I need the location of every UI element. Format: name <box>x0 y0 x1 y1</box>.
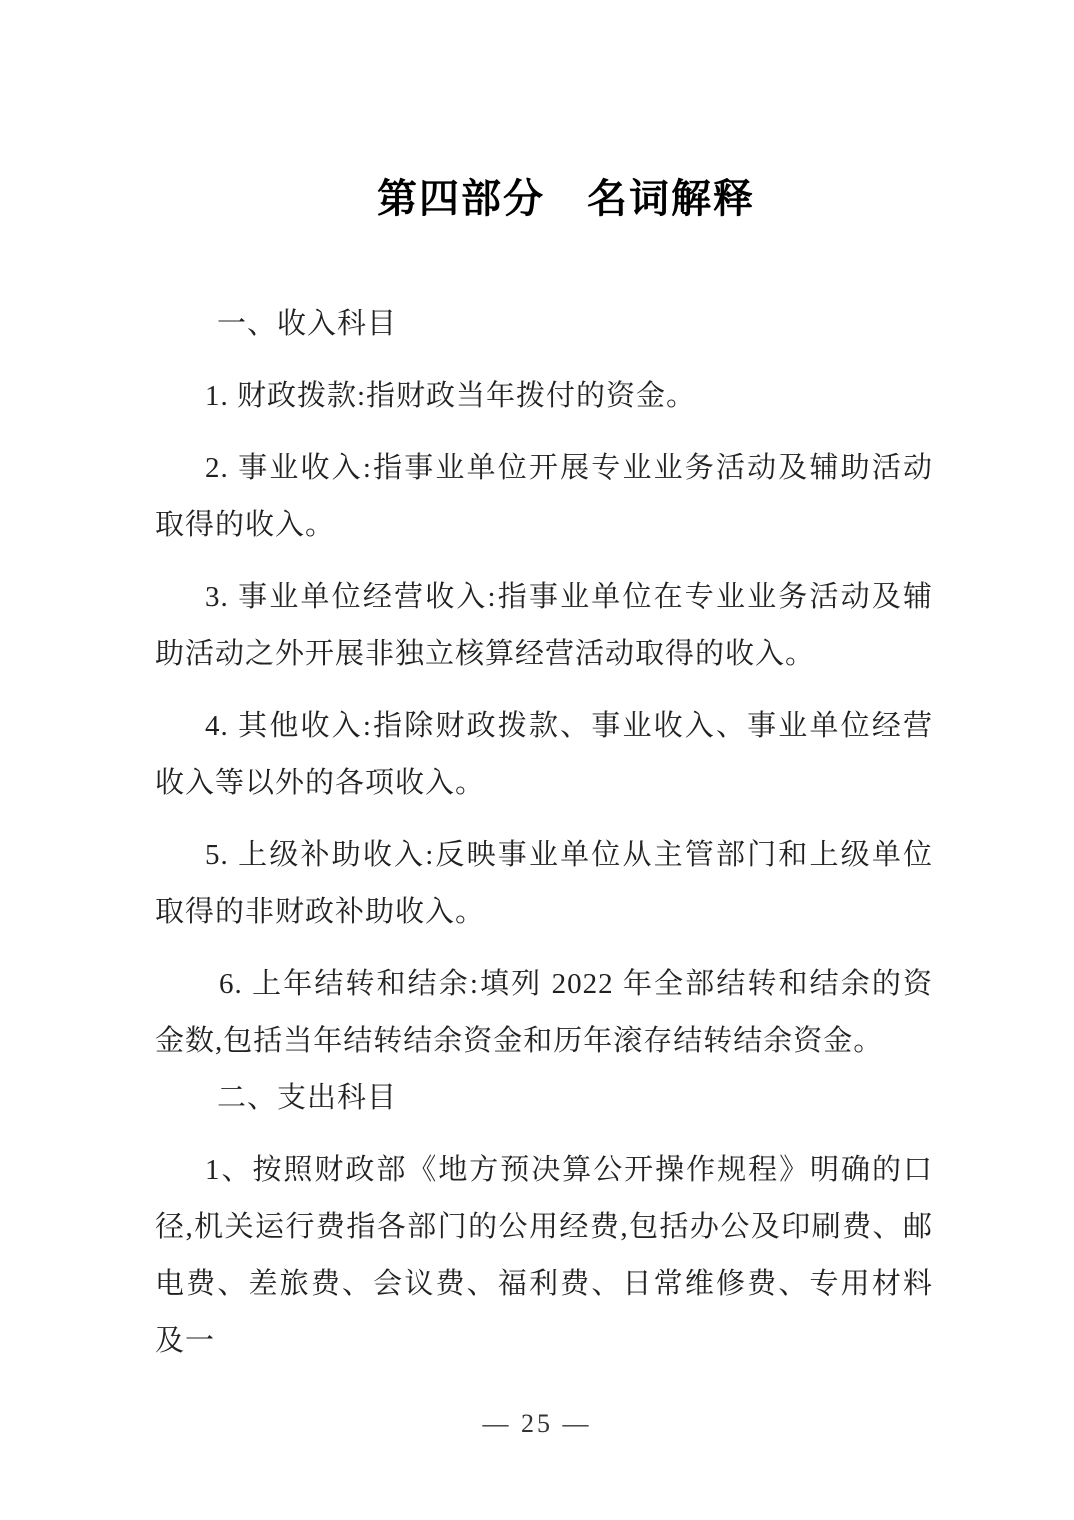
section-heading-expenditure: 二、支出科目 <box>155 1070 933 1127</box>
page-content: 第四部分 名词解释 一、收入科目 1. 财政拨款:指财政当年拨付的资金。 2. … <box>155 174 933 1385</box>
definition-item-operating-income: 2. 事业收入:指事业单位开展专业业务活动及辅助活动取得的收入。 <box>155 440 933 554</box>
definition-item-business-operating-income: 3. 事业单位经营收入:指事业单位在专业业务活动及辅助活动之外开展非独立核算经营… <box>155 569 933 683</box>
document-page: 第四部分 名词解释 一、收入科目 1. 财政拨款:指财政当年拨付的资金。 2. … <box>0 0 1074 1520</box>
section-heading-income: 一、收入科目 <box>155 296 933 353</box>
page-title: 第四部分 名词解释 <box>155 174 933 224</box>
page-footer-number: — 25 — <box>0 1404 1074 1444</box>
definition-item-superior-subsidy-income: 5. 上级补助收入:反映事业单位从主管部门和上级单位取得的非财政补助收入。 <box>155 827 933 941</box>
definition-item-agency-operation-expense: 1、按照财政部《地方预决算公开操作规程》明确的口径,机关运行费指各部门的公用经费… <box>155 1142 933 1370</box>
definition-item-carryover-surplus: 6. 上年结转和结余:填列 2022 年全部结转和结余的资金数,包括当年结转结余… <box>155 956 933 1070</box>
definition-item-fiscal-appropriation: 1. 财政拨款:指财政当年拨付的资金。 <box>155 368 933 425</box>
definition-item-other-income: 4. 其他收入:指除财政拨款、事业收入、事业单位经营收入等以外的各项收入。 <box>155 698 933 812</box>
